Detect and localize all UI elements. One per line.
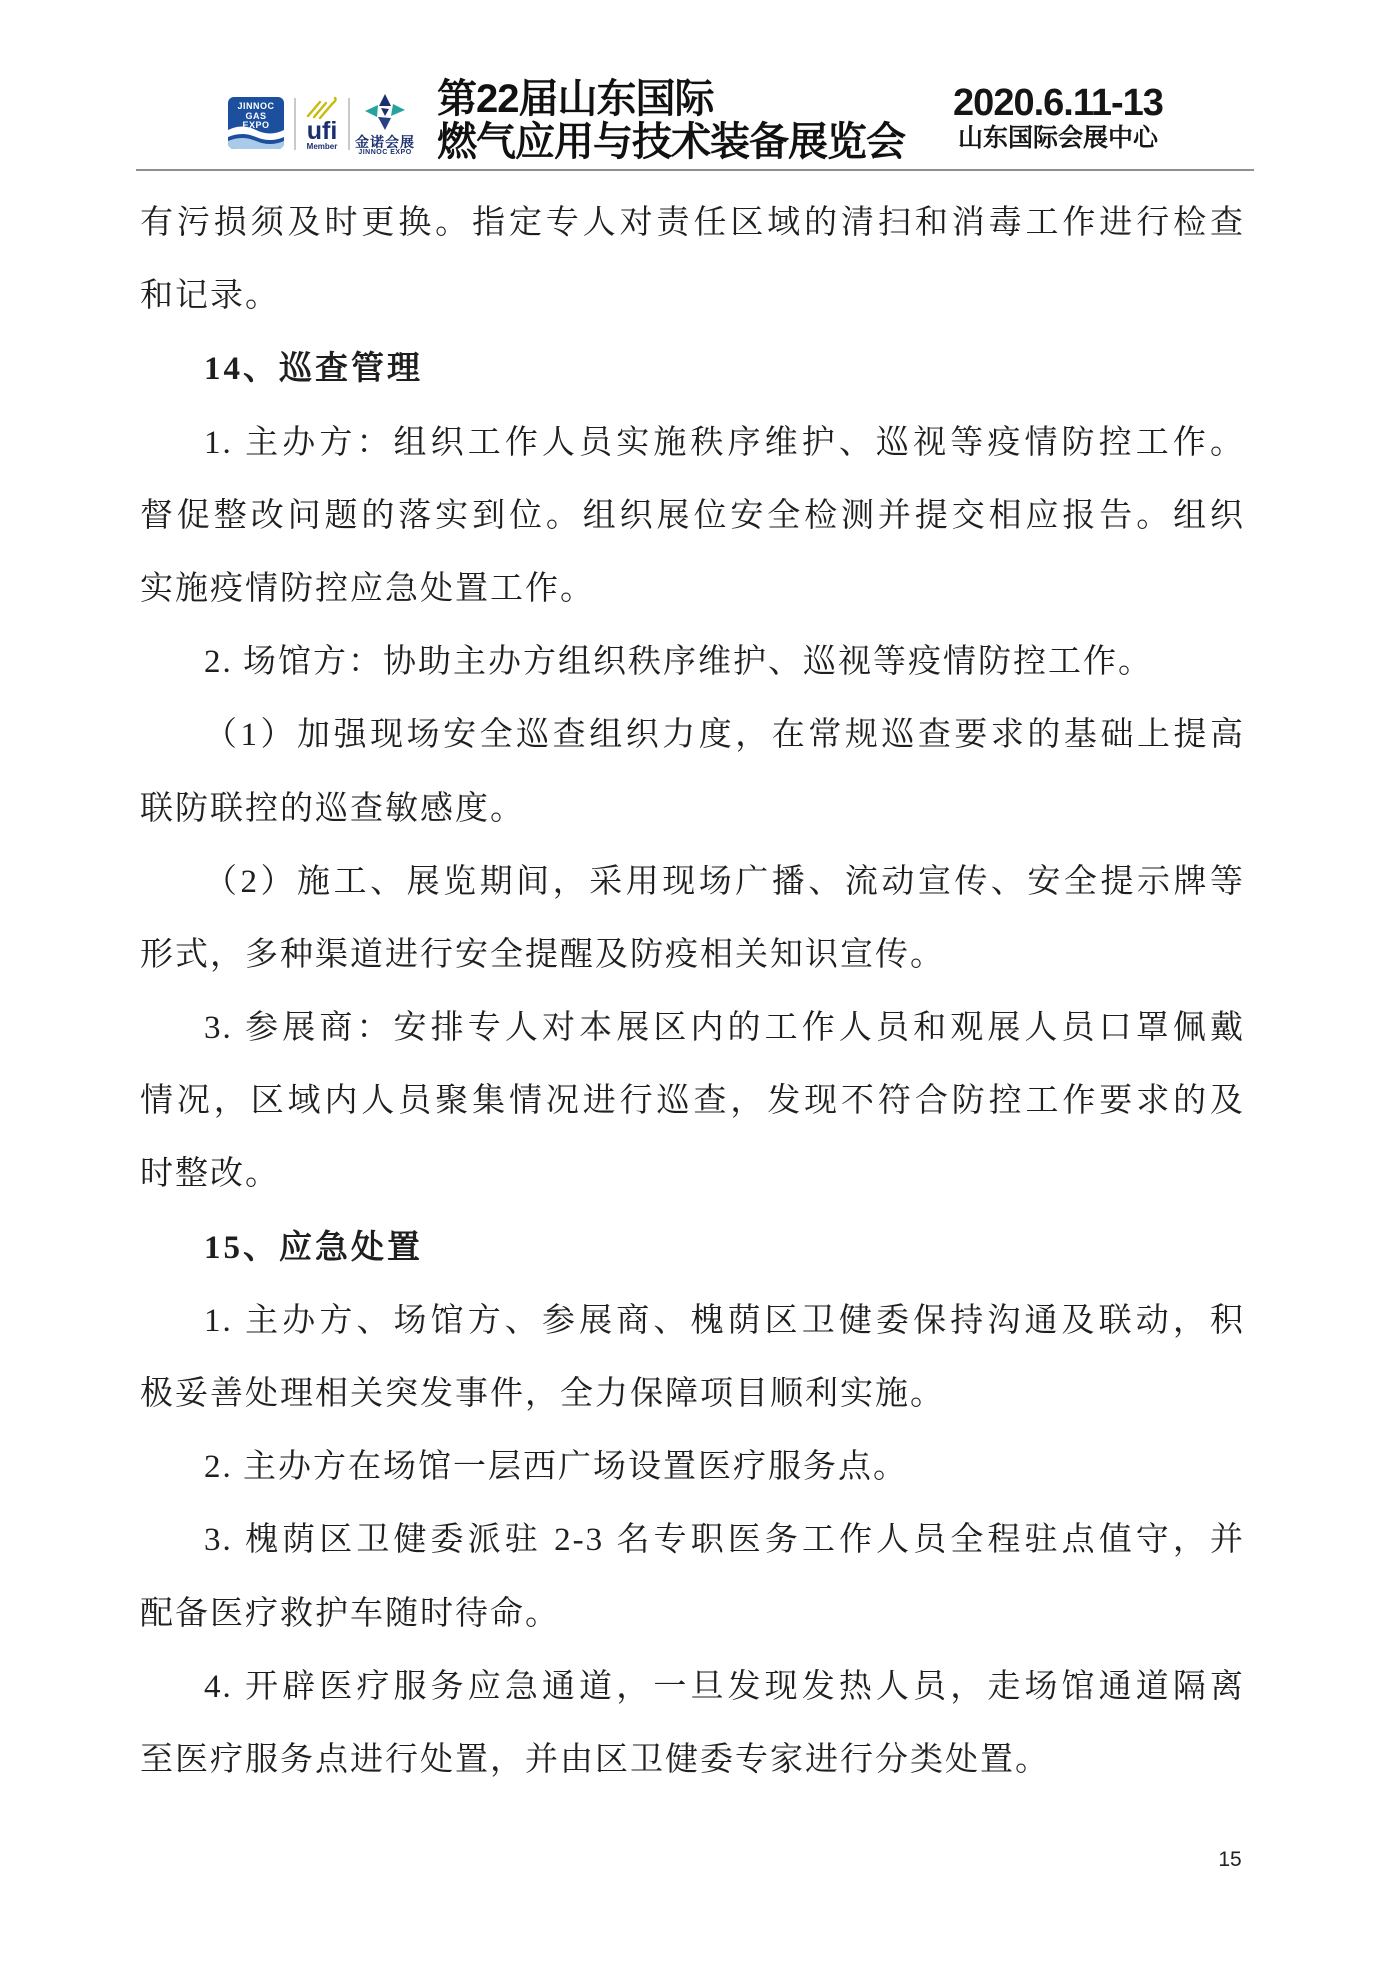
jinnoc-expo-logo: 金诺会展 JINNOC EXPO	[354, 94, 416, 154]
exhibition-title-line1: 第22届山东国际	[437, 78, 905, 121]
exhibition-date: 2020.6.11-13	[938, 84, 1178, 122]
ufi-member-text: Member	[300, 142, 344, 151]
header-rule	[136, 169, 1254, 171]
text-line: 实施疫情防控应急处置工作。	[140, 553, 1245, 626]
section-heading: 15、应急处置	[140, 1212, 1245, 1285]
text-line: 3. 参展商：安排专人对本展区内的工作人员和观展人员口罩佩戴	[140, 992, 1245, 1065]
header-separator	[348, 98, 350, 150]
text-line: 4. 开辟医疗服务应急通道，一旦发现发热人员，走场馆通道隔离	[140, 1651, 1245, 1724]
exhibition-date-venue: 2020.6.11-13 山东国际会展中心	[938, 84, 1178, 152]
text-line: 和记录。	[140, 260, 1245, 333]
text-line: 时整改。	[140, 1138, 1245, 1211]
jinnoc-logo-en-text: JINNOC EXPO	[354, 149, 416, 157]
text-line: 有污损须及时更换。指定专人对责任区域的清扫和消毒工作进行检查	[140, 187, 1245, 260]
section-heading: 14、巡查管理	[140, 333, 1245, 406]
header-separator	[294, 98, 296, 150]
text-line: 形式，多种渠道进行安全提醒及防疫相关知识宣传。	[140, 919, 1245, 992]
text-line: 1. 主办方、场馆方、参展商、槐荫区卫健委保持沟通及联动，积	[140, 1285, 1245, 1358]
ufi-member-logo: ufi Member	[300, 96, 344, 154]
text-line: 督促整改问题的落实到位。组织展位安全检测并提交相应报告。组织	[140, 480, 1245, 553]
text-line: 1. 主办方：组织工作人员实施秩序维护、巡视等疫情防控工作。	[140, 407, 1245, 480]
text-line: 联防联控的巡查敏感度。	[140, 773, 1245, 846]
exhibition-title: 第22届山东国际 燃气应用与技术装备展览会	[437, 78, 905, 164]
ufi-logo-text: ufi	[300, 120, 344, 142]
document-page: JINNOC GAS EXPO ufi Member	[0, 0, 1390, 1965]
text-line: 2. 场馆方：协助主办方组织秩序维护、巡视等疫情防控工作。	[140, 626, 1245, 699]
text-line: 极妥善处理相关突发事件，全力保障项目顺利实施。	[140, 1358, 1245, 1431]
jinnoc-star-icon	[365, 117, 405, 134]
text-line: 3. 槐荫区卫健委派驻 2-3 名专职医务工作人员全程驻点值守，并	[140, 1504, 1245, 1577]
text-line: 2. 主办方在场馆一层西广场设置医疗服务点。	[140, 1431, 1245, 1504]
gas-expo-logo-text: JINNOC GAS EXPO	[228, 102, 284, 131]
document-body: 有污损须及时更换。指定专人对责任区域的清扫和消毒工作进行检查和记录。14、巡查管…	[140, 187, 1245, 1797]
text-line: 至医疗服务点进行处置，并由区卫健委专家进行分类处置。	[140, 1724, 1245, 1797]
page-header: JINNOC GAS EXPO ufi Member	[0, 0, 1390, 172]
text-line: （1）加强现场安全巡查组织力度，在常规巡查要求的基础上提高	[140, 699, 1245, 772]
jinnoc-gas-expo-logo: JINNOC GAS EXPO	[228, 97, 284, 149]
jinnoc-logo-cn-text: 金诺会展	[354, 135, 416, 149]
exhibition-title-line2: 燃气应用与技术装备展览会	[437, 121, 905, 164]
page-number: 15	[1200, 1848, 1260, 1872]
exhibition-venue: 山东国际会展中心	[938, 124, 1178, 152]
text-line: （2）施工、展览期间，采用现场广播、流动宣传、安全提示牌等	[140, 846, 1245, 919]
text-line: 配备医疗救护车随时待命。	[140, 1578, 1245, 1651]
text-line: 情况，区域内人员聚集情况进行巡查，发现不符合防控工作要求的及	[140, 1065, 1245, 1138]
